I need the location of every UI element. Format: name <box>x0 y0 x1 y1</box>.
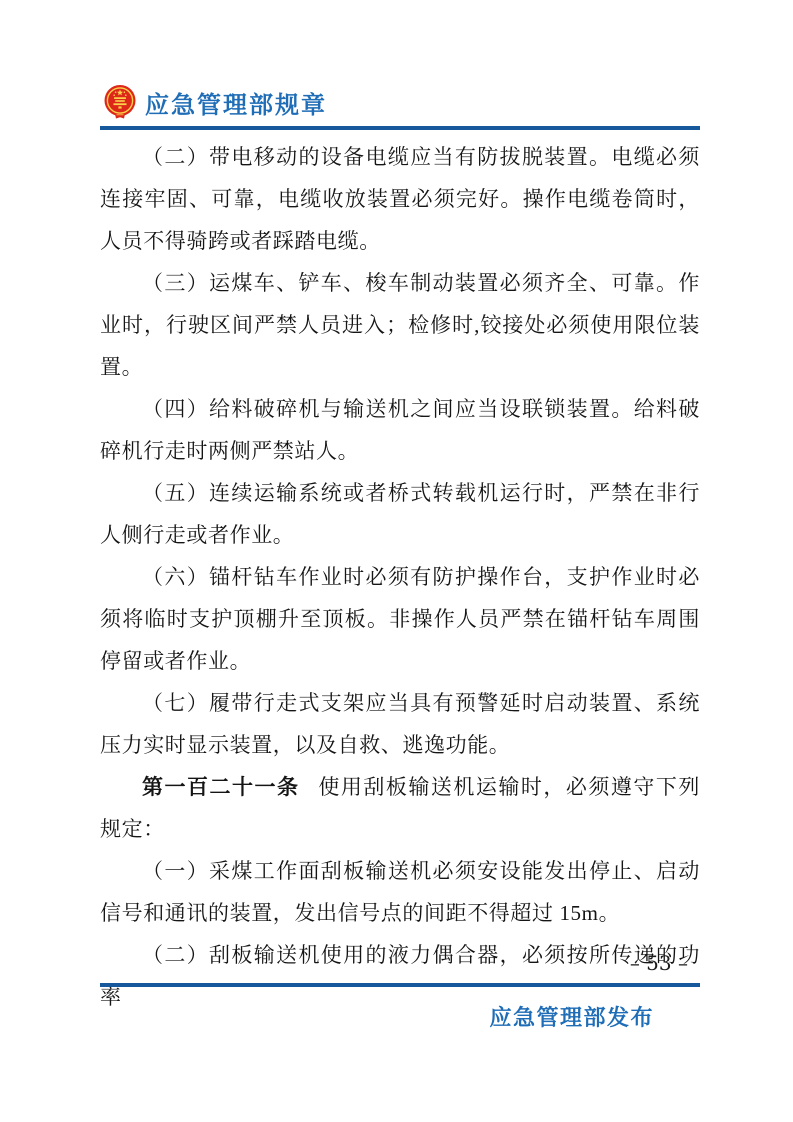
body-paragraph: （六）锚杆钻车作业时必须有防护操作台，支护作业时必须将临时支护顶棚升至顶板。非操… <box>100 556 700 682</box>
body-paragraph: （三）运煤车、铲车、梭车制动装置必须齐全、可靠。作业时，行驶区间严禁人员进入；检… <box>100 262 700 388</box>
paragraph-text: （五）连续运输系统或者桥式转载机运行时，严禁在非行人侧行走或者作业。 <box>100 481 700 547</box>
article-number: 第一百二十一条 <box>142 775 300 799</box>
paragraph-text: （四）给料破碎机与输送机之间应当设联锁装置。给料破碎机行走时两侧严禁站人。 <box>100 397 700 463</box>
page-header: 应急管理部规章 <box>102 82 327 122</box>
body-paragraph: 第一百二十一条使用刮板输送机运输时，必须遵守下列规定： <box>100 766 700 850</box>
page-number: – 53 – <box>100 951 688 975</box>
body-paragraph: （二）带电移动的设备电缆应当有防拔脱装置。电缆必须连接牢固、可靠，电缆收放装置必… <box>100 136 700 262</box>
document-body: （二）带电移动的设备电缆应当有防拔脱装置。电缆必须连接牢固、可靠，电缆收放装置必… <box>100 136 700 1018</box>
national-emblem-icon <box>102 83 138 121</box>
body-paragraph: （一）采煤工作面刮板输送机必须安设能发出停止、启动信号和通讯的装置，发出信号点的… <box>100 850 700 934</box>
body-paragraph: （五）连续运输系统或者桥式转载机运行时，严禁在非行人侧行走或者作业。 <box>100 472 700 556</box>
footer-rule <box>100 983 700 987</box>
header-rule <box>100 126 700 130</box>
paragraph-text: （六）锚杆钻车作业时必须有防护操作台，支护作业时必须将临时支护顶棚升至顶板。非操… <box>100 565 700 673</box>
paragraph-text: （三）运煤车、铲车、梭车制动装置必须齐全、可靠。作业时，行驶区间严禁人员进入；检… <box>100 271 700 379</box>
paragraph-text: （一）采煤工作面刮板输送机必须安设能发出停止、启动信号和通讯的装置，发出信号点的… <box>100 859 700 925</box>
document-page: 应急管理部规章 （二）带电移动的设备电缆应当有防拔脱装置。电缆必须连接牢固、可靠… <box>0 0 793 1122</box>
body-paragraph: （七）履带行走式支架应当具有预警延时启动装置、系统压力实时显示装置，以及自救、逃… <box>100 682 700 766</box>
header-title: 应急管理部规章 <box>145 85 327 120</box>
publisher-label: 应急管理部发布 <box>100 1001 700 1032</box>
paragraph-text: （七）履带行走式支架应当具有预警延时启动装置、系统压力实时显示装置，以及自救、逃… <box>100 691 700 757</box>
paragraph-text: （二）带电移动的设备电缆应当有防拔脱装置。电缆必须连接牢固、可靠，电缆收放装置必… <box>100 145 700 253</box>
body-paragraph: （四）给料破碎机与输送机之间应当设联锁装置。给料破碎机行走时两侧严禁站人。 <box>100 388 700 472</box>
